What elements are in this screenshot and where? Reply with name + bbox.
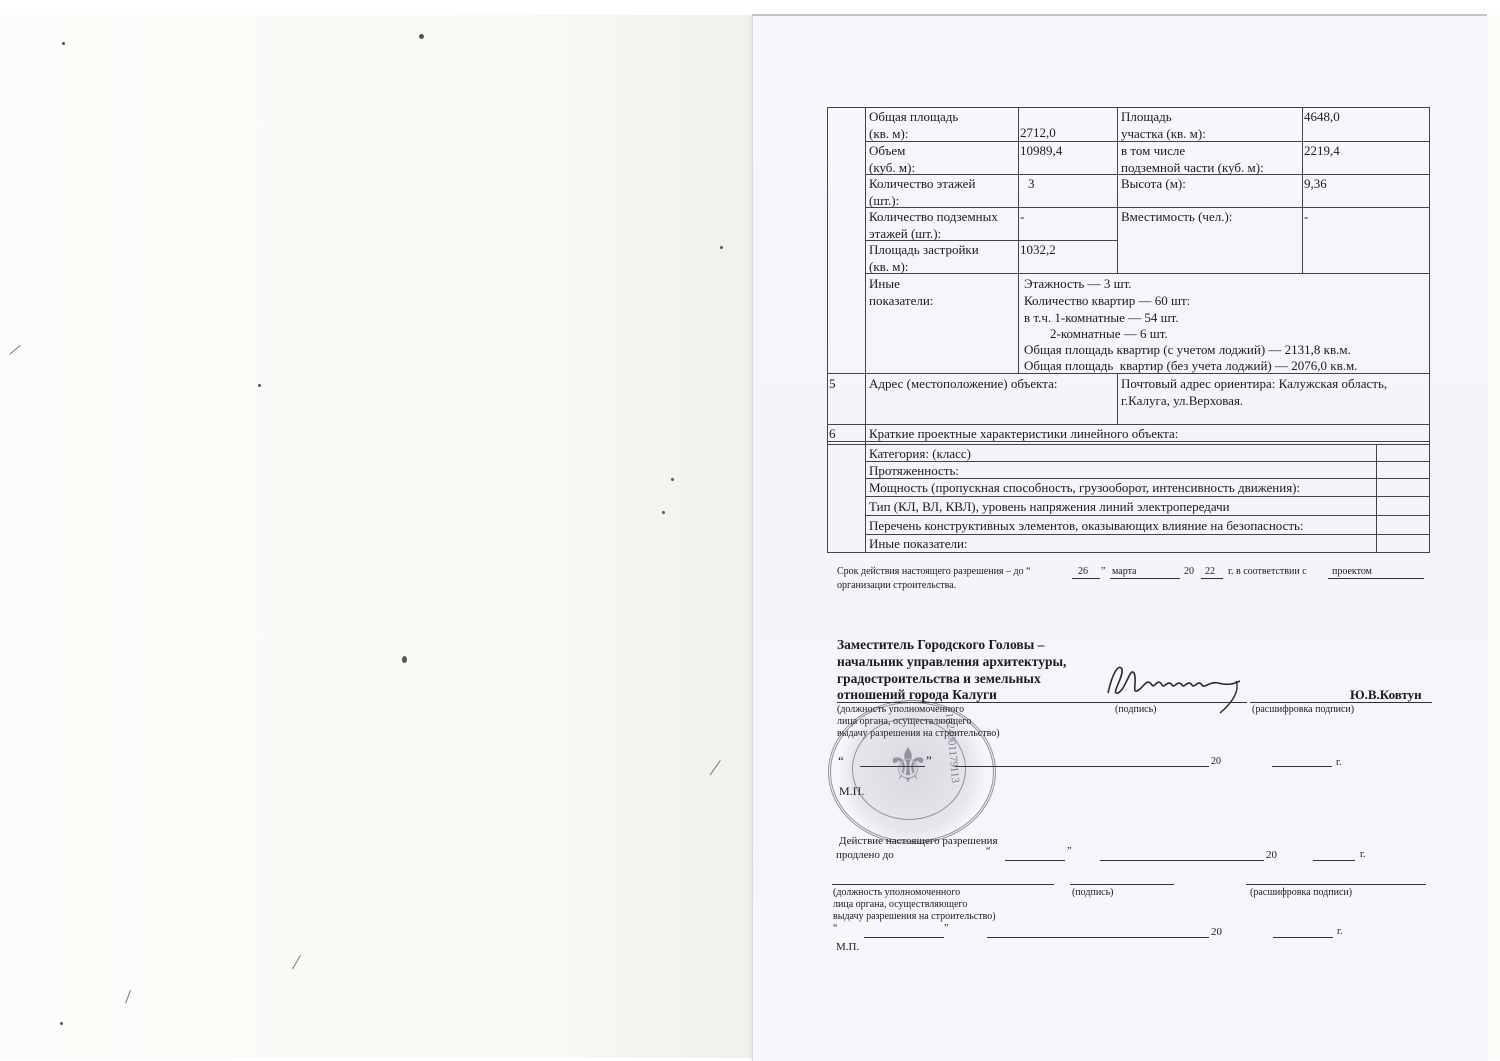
validity-month-underline bbox=[1110, 578, 1180, 579]
scan-speck bbox=[62, 42, 65, 45]
linear-row-category: Категория: (класс) bbox=[869, 445, 971, 462]
left-blank-page bbox=[0, 0, 752, 1061]
other-indicator-line: Общая площадь квартир (без учета лоджий)… bbox=[1024, 357, 1357, 374]
other-indicator-line: Этажность — 3 шт. bbox=[1024, 275, 1132, 292]
linear-row-safety-elements: Перечень конструктивных элементов, оказы… bbox=[869, 517, 1304, 534]
label-floors: Количество этажей (шт.): bbox=[869, 175, 975, 209]
ext-caption-position: (должность уполномоченного лица органа, … bbox=[833, 887, 996, 923]
value-volume: 10989,4 bbox=[1020, 142, 1062, 159]
extension-line1: Действие настоящего разрешения bbox=[839, 835, 998, 847]
other-indicator-line: 2-комнатные — 6 шт. bbox=[1024, 325, 1168, 342]
value-height: 9,36 bbox=[1304, 175, 1327, 192]
scan-speck bbox=[720, 246, 723, 249]
label-volume: Объем (куб. м): bbox=[869, 142, 915, 176]
label-plot-area: Площадь участка (кв. м): bbox=[1121, 108, 1206, 142]
sign-year-g: г. bbox=[1336, 757, 1341, 769]
scan-speck bbox=[671, 478, 674, 481]
label-height: Высота (м): bbox=[1121, 175, 1186, 192]
scan-speck bbox=[419, 34, 424, 39]
value-total-area: 2712,0 bbox=[1020, 124, 1056, 141]
validity-prefix: Срок действия настоящего разрешения – до… bbox=[837, 566, 1031, 578]
linear-row-other: Иные показатели: bbox=[869, 535, 968, 552]
label-underground-floors: Количество подземных этажей (шт.): bbox=[869, 208, 998, 242]
caption-decode: (расшифровка подписи) bbox=[1252, 704, 1354, 716]
ext-caption-signature: (подпись) bbox=[1072, 887, 1114, 899]
label-total-area: Общая площадь (кв. м): bbox=[869, 108, 958, 142]
sign-year-line bbox=[1272, 766, 1332, 767]
other-indicator-line: Общая площадь квартир (с учетом лоджий) … bbox=[1024, 341, 1351, 358]
table-rule bbox=[827, 107, 828, 552]
ext2-date-close: ” bbox=[944, 923, 948, 935]
sign-year-prefix: 20 bbox=[1211, 756, 1221, 768]
scan-top-margin bbox=[0, 0, 1500, 15]
ext-day-line bbox=[1005, 860, 1065, 861]
ext2-year-prefix: 20 bbox=[1211, 926, 1222, 938]
label-other-indicators: Иные показатели: bbox=[869, 275, 933, 309]
ext-month-line bbox=[1100, 860, 1264, 861]
row-number-6: 6 bbox=[829, 425, 836, 442]
ext-signature-line bbox=[1070, 884, 1174, 885]
ext-position-line bbox=[832, 884, 1054, 885]
table-rule bbox=[865, 496, 1430, 497]
validity-year-suffix: 22 bbox=[1205, 566, 1215, 578]
label-building-area: Площадь застройки (кв. м): bbox=[869, 241, 979, 275]
value-underground-volume: 2219,4 bbox=[1304, 142, 1340, 159]
ext2-day-line bbox=[864, 937, 944, 938]
ext2-year-g: г. bbox=[1337, 926, 1342, 938]
label-address: Адрес (местоположение) объекта: bbox=[869, 375, 1058, 392]
extension-line2: продлено до bbox=[836, 849, 894, 861]
eagle-emblem-icon: ⚜ bbox=[880, 735, 936, 799]
value-building-area: 1032,2 bbox=[1020, 241, 1056, 258]
signatory-title-line: градостроительства и земельных bbox=[837, 670, 1041, 687]
scan-speck bbox=[662, 511, 665, 514]
signatory-title-line: Заместитель Городского Головы – bbox=[837, 636, 1044, 653]
scan-speck bbox=[60, 1022, 63, 1025]
validity-basis: проектом bbox=[1332, 566, 1372, 578]
validity-month: марта bbox=[1112, 566, 1137, 578]
validity-year-prefix: 20 bbox=[1184, 566, 1194, 578]
ext-seal-label: М.П. bbox=[836, 941, 859, 953]
linear-row-powerline-type: Тип (КЛ, ВЛ, КВЛ), уровень напряжения ли… bbox=[869, 498, 1230, 515]
handwritten-signature-icon bbox=[1100, 655, 1250, 715]
scan-speck bbox=[402, 656, 407, 663]
signatory-name: Ю.В.Ковтун bbox=[1350, 686, 1422, 703]
linear-row-capacity: Мощность (пропускная способность, грузоо… bbox=[869, 479, 1300, 496]
other-indicator-line: в т.ч. 1-комнатные — 54 шт. bbox=[1024, 309, 1179, 326]
ext2-month-line bbox=[987, 937, 1209, 938]
ext-year-line bbox=[1313, 860, 1355, 861]
ext-date-open: “ bbox=[986, 846, 990, 858]
validity-basis-underline bbox=[1328, 578, 1424, 579]
table-rule bbox=[1302, 107, 1303, 273]
ext-year-prefix: 20 bbox=[1266, 849, 1277, 861]
row-number-5: 5 bbox=[829, 375, 836, 392]
label-underground-volume: в том числе подземной части (куб. м): bbox=[1121, 142, 1264, 176]
value-floors: 3 bbox=[1028, 175, 1035, 192]
ext-year-g: г. bbox=[1360, 849, 1365, 861]
validity-day: 26 bbox=[1078, 566, 1088, 578]
table-rule bbox=[1376, 444, 1377, 552]
value-capacity: - bbox=[1304, 208, 1308, 225]
ext2-year-line bbox=[1273, 937, 1333, 938]
value-underground-floors: - bbox=[1020, 208, 1024, 225]
value-plot-area: 4648,0 bbox=[1304, 108, 1340, 125]
scan-speck bbox=[258, 384, 261, 387]
ext-date-close: ” bbox=[1067, 846, 1071, 858]
validity-middle: г. в соответствии с bbox=[1228, 566, 1307, 578]
label-linear-object: Краткие проектные характеристики линейно… bbox=[869, 425, 1178, 442]
table-rule bbox=[1117, 107, 1118, 273]
signatory-title-line: начальник управления архитектуры, bbox=[837, 653, 1066, 670]
validity-quote-close: ” bbox=[1101, 566, 1108, 578]
linear-row-length: Протяженность: bbox=[869, 462, 959, 479]
ext-decode-line bbox=[1246, 884, 1426, 885]
ext2-date-open: “ bbox=[833, 923, 837, 935]
other-indicator-line: Количество квартир — 60 шт: bbox=[1024, 292, 1190, 309]
validity-day-underline bbox=[1072, 578, 1100, 579]
validity-year-underline bbox=[1201, 578, 1223, 579]
ext-caption-decode: (расшифровка подписи) bbox=[1250, 887, 1352, 899]
validity-line2: организации строительства. bbox=[837, 580, 956, 592]
table-rule bbox=[1018, 107, 1019, 373]
table-rule bbox=[865, 107, 866, 552]
table-rule bbox=[1117, 373, 1118, 424]
table-rule bbox=[827, 552, 1430, 553]
label-capacity: Вместимость (чел.): bbox=[1121, 208, 1232, 225]
value-address: Почтовый адрес ориентира: Калужская обла… bbox=[1121, 375, 1387, 409]
table-rule bbox=[1429, 107, 1430, 552]
table-rule bbox=[865, 515, 1430, 516]
